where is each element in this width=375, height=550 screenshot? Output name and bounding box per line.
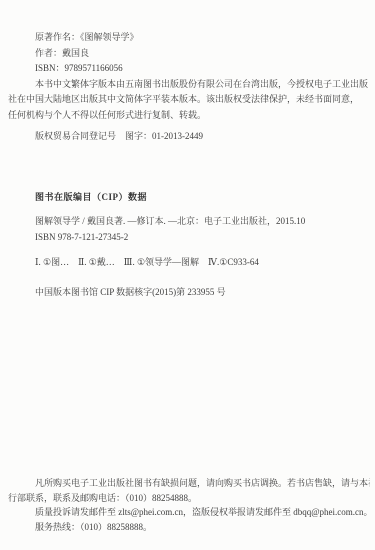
cip-record-number-line: 中国版本图书馆 CIP 数据核字(2015)第 233955 号 <box>8 285 370 301</box>
cip-heading: 图书在版编目（CIP）数据 <box>8 190 370 206</box>
imprint-row-format: 开 本：720×1000 1/16 印张：20.5 字数：390 千字 <box>8 404 370 418</box>
original-isbn-line: ISBN：9789571166056 <box>8 61 370 77</box>
imprint-row-edition-2: 2015 年 10 月第 2 版 <box>8 432 370 446</box>
imprint-row-publisher: 出版发行：电子工业出版社 <box>8 376 370 390</box>
copyright-registration-line: 版权贸易合同登记号 图字：01-2013-2449 <box>8 129 370 145</box>
imprint-row-printing: 印 次：2015 年 10 月第 1 次印刷 <box>8 446 370 460</box>
imprint-row-price: 定 价：45.00 元 <box>8 460 370 474</box>
imprint-row-binder: 装 订：三河市华成印务有限公司 <box>8 362 370 376</box>
service-hotline-line: 服务热线：（010）88258888。 <box>8 520 370 535</box>
cip-isbn-line: ISBN 978-7-121-27345-2 <box>8 230 370 246</box>
author-line: 作者：戴国良 <box>8 46 370 62</box>
exchange-notice-line-1: 凡所购买电子工业出版社图书有缺损问题，请向购买书店调换。若书店售缺，请与本社发 <box>8 476 370 491</box>
exchange-notice-line-2: 行部联系，联系及邮购电话：（010）88254888。 <box>8 491 370 506</box>
imprint-block: 责任编辑：刘淑敏 印 刷：三河市华成印务有限公司 装 订：三河市华成印务有限公司… <box>8 334 370 474</box>
imprint-row-edition: 版 次：2014 年 1 月第 1 版 <box>8 418 370 432</box>
cip-block: 图书在版编目（CIP）数据 图解领导学 / 戴国良著. —修订本. —北京：电子… <box>8 190 370 301</box>
original-edition-block: 原著作名：《图解领导学》 作者：戴国良 ISBN：9789571166056 本… <box>8 30 370 145</box>
license-paragraph-line-1: 本书中文繁体字版本由五南图书出版股份有限公司在台湾出版，今授权电子工业出版 <box>8 77 370 93</box>
cip-classification-line: Ⅰ. ①图… Ⅱ. ①戴… Ⅲ. ①领导学—图解 Ⅳ.①C933-64 <box>8 255 370 271</box>
copyright-page: 原著作名：《图解领导学》 作者：戴国良 ISBN：9789571166056 本… <box>0 0 375 550</box>
imprint-row-editor: 责任编辑：刘淑敏 <box>8 334 370 348</box>
complaint-email-line: 质量投诉请发邮件至 zlts@phei.com.cn，盗版侵权举报请发邮件至 d… <box>8 505 370 520</box>
license-paragraph-line-2: 社在中国大陆地区出版其中文简体字平装本版本。该出版权受法律保护，未经书面同意， <box>8 92 370 108</box>
imprint-row-printer: 印 刷：三河市华成印务有限公司 <box>8 348 370 362</box>
license-paragraph-line-3: 任何机构与个人不得以任何形式进行复制、转载。 <box>8 108 370 124</box>
imprint-row-address: 北京市海淀区万寿路 173 信箱 邮编 100036 <box>8 390 370 404</box>
notices-block: 凡所购买电子工业出版社图书有缺损问题，请向购买书店调换。若书店售缺，请与本社发 … <box>8 476 370 534</box>
cip-description-line: 图解领导学 / 戴国良著. —修订本. —北京：电子工业出版社，2015.10 <box>8 214 370 230</box>
original-title-line: 原著作名：《图解领导学》 <box>8 30 370 46</box>
